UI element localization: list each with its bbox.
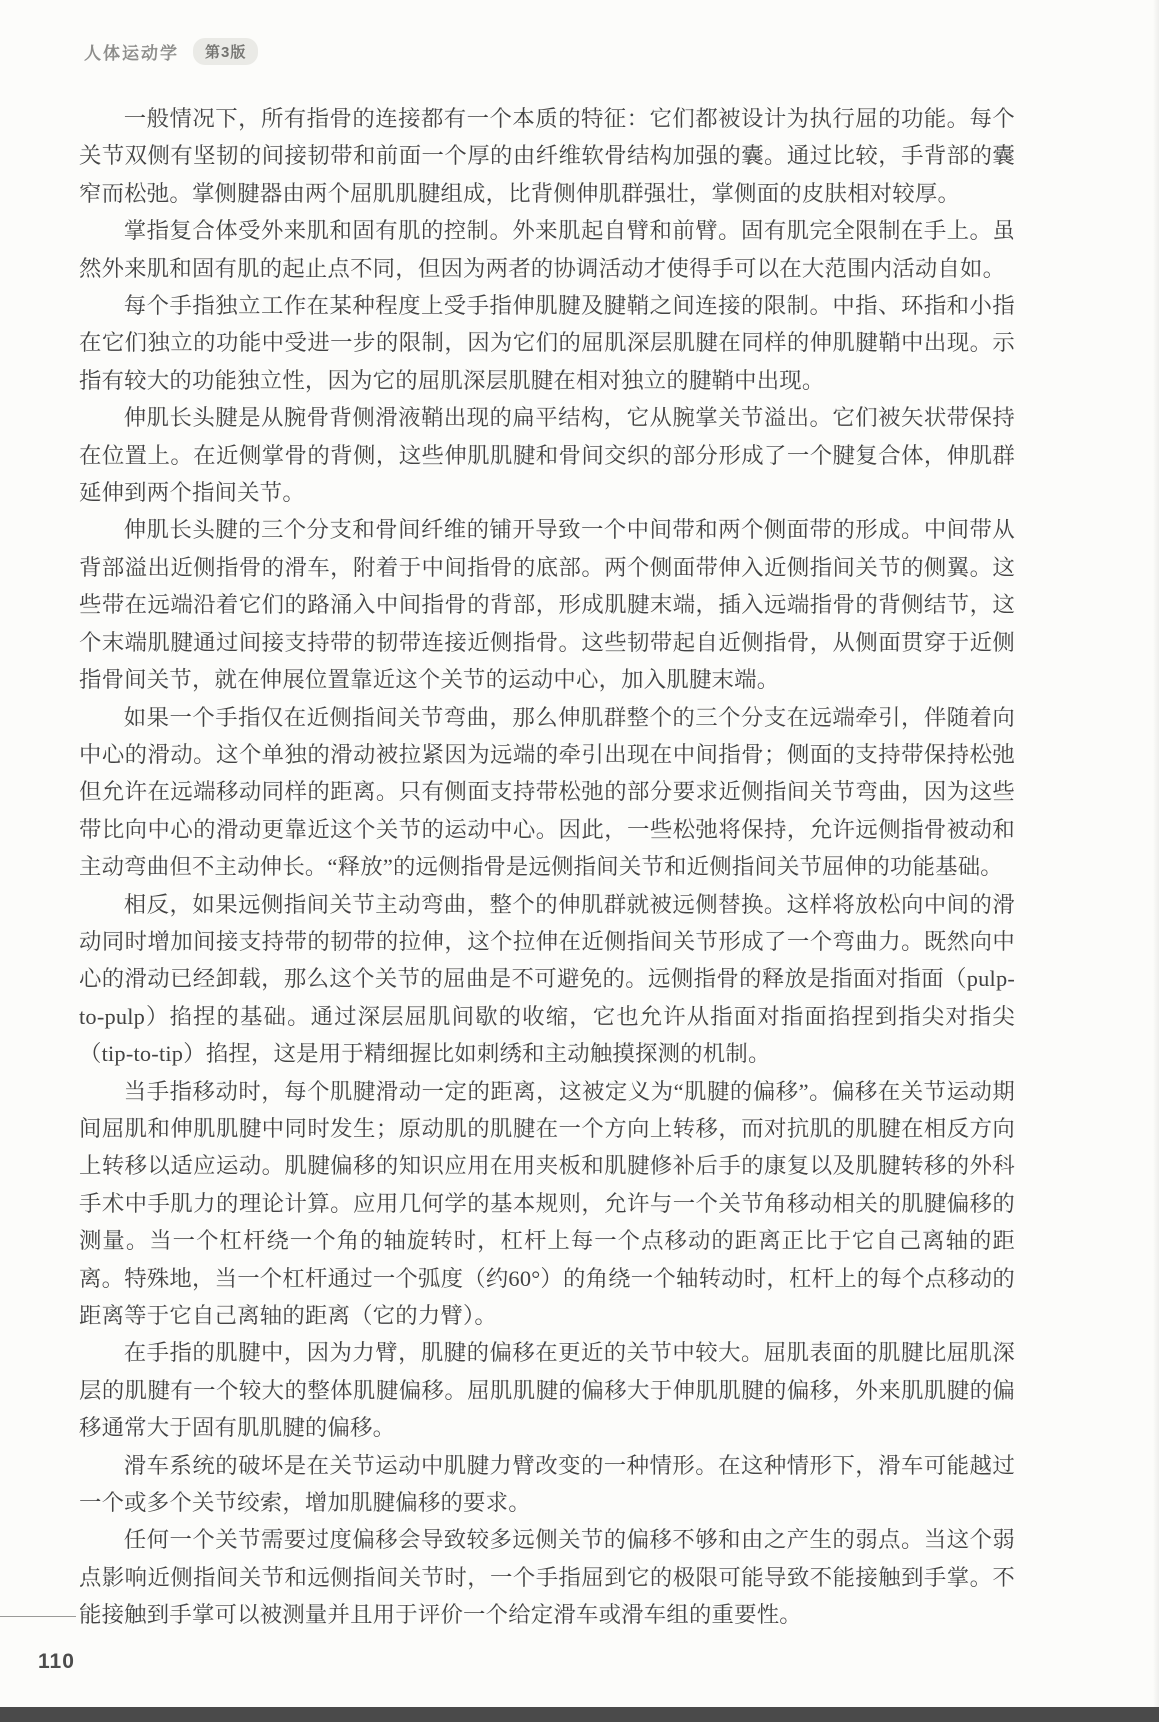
page-number: 110: [38, 1650, 75, 1674]
body-text: 一般情况下，所有指骨的连接都有一个本质的特征：它们都被设计为执行屈的功能。每个关…: [79, 100, 1015, 1634]
paragraph: 相反，如果远侧指间关节主动弯曲，整个的伸肌群就被远侧替换。这样将放松向中间的滑动…: [79, 886, 1015, 1073]
book-title: 人体运动学: [84, 39, 179, 64]
paragraph: 滑车系统的破坏是在关节运动中肌腱力臂改变的一种情形。在这种情形下，滑车可能越过一…: [79, 1447, 1015, 1522]
page-header: 人体运动学 第3版: [84, 38, 258, 65]
bottom-scan-bar: [0, 1707, 1159, 1722]
paragraph: 如果一个手指仅在近侧指间关节弯曲，那么伸肌群整个的三个分支在远端牵引，伴随着向中…: [79, 699, 1015, 886]
edition-badge: 第3版: [193, 38, 258, 65]
paragraph: 任何一个关节需要过度偏移会导致较多远侧关节的偏移不够和由之产生的弱点。当这个弱点…: [79, 1521, 1015, 1633]
paragraph: 每个手指独立工作在某种程度上受手指伸肌腱及腱鞘之间连接的限制。中指、环指和小指在…: [79, 287, 1015, 399]
paragraph: 伸肌长头腱是从腕骨背侧滑液鞘出现的扁平结构，它从腕掌关节溢出。它们被矢状带保持在…: [79, 399, 1015, 511]
paragraph: 当手指移动时，每个肌腱滑动一定的距离，这被定义为“肌腱的偏移”。偏移在关节运动期…: [79, 1073, 1015, 1335]
scan-edge-shading: [1153, 0, 1159, 1707]
book-page: 人体运动学 第3版 一般情况下，所有指骨的连接都有一个本质的特征：它们都被设计为…: [0, 0, 1159, 1722]
paragraph: 一般情况下，所有指骨的连接都有一个本质的特征：它们都被设计为执行屈的功能。每个关…: [79, 100, 1015, 212]
paragraph: 掌指复合体受外来肌和固有肌的控制。外来肌起自臂和前臂。固有肌完全限制在手上。虽然…: [79, 212, 1015, 287]
footer-divider: [0, 1616, 76, 1617]
paragraph: 在手指的肌腱中，因为力臂，肌腱的偏移在更近的关节中较大。屈肌表面的肌腱比屈肌深层…: [79, 1334, 1015, 1446]
paragraph: 伸肌长头腱的三个分支和骨间纤维的铺开导致一个中间带和两个侧面带的形成。中间带从背…: [79, 511, 1015, 698]
